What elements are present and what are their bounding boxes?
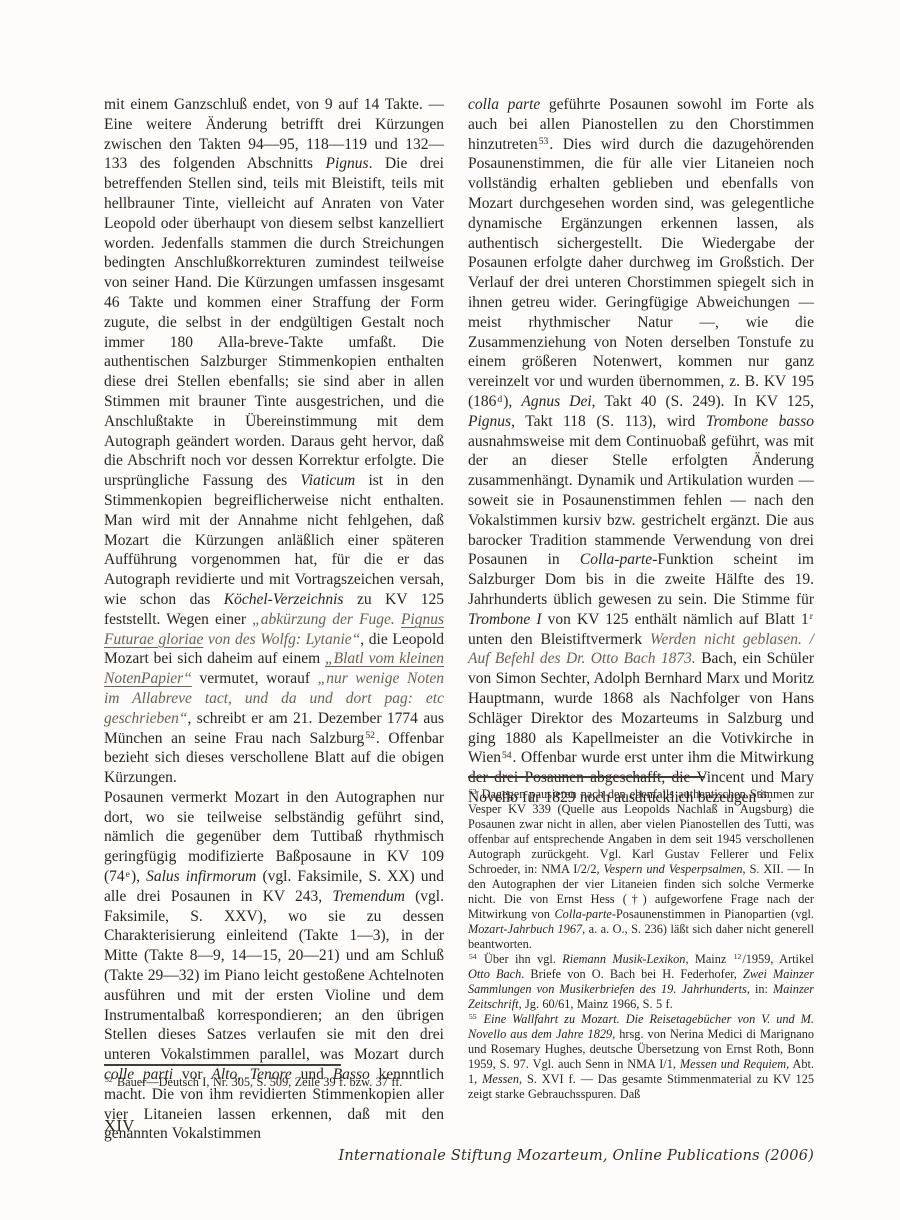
footnote-reference: e [125,869,131,880]
text-run: Über ihn vgl. [478,952,563,966]
text-run: Riemann Musik-Lexikon [562,952,685,966]
text-run: Trombone basso [706,413,814,430]
right-column: colla parte geführte Posaunen sowohl im … [468,95,814,808]
publication-footer: Internationale Stiftung Mozarteum, Onlin… [338,1148,814,1164]
text-run: (vgl. Faksimile, S. XXV), wo sie zu dess… [104,888,444,1063]
text-run: unten den Bleistiftvermerk [468,631,650,648]
footnote-reference: r [809,611,814,622]
text-run: ausnahmsweise mit dem Continuobaß geführ… [468,433,814,569]
text-run: vermutet, worauf [192,670,318,687]
footnote-reference: 12 [733,952,743,961]
text-run: „abkürzung der Fuge. [252,611,401,628]
footnote-52: 52 Bauer—Deutsch I, Nr. 305, S. 509, Zei… [104,1075,444,1090]
footnote-divider [468,776,705,778]
document-page: mit einem Ganzschluß endet, von 9 auf 14… [0,0,900,1220]
text-run: colla parte [468,96,540,113]
footnote-reference: 54 [501,750,513,761]
text-run: , Jg. 60/61, Mainz 1966, S. 5 f. [519,997,673,1011]
text-run: Trombone I [468,611,542,628]
footnote-reference: 53 [538,136,550,147]
text-run: -Posaunenstimmen in Pianopartien (vgl. [612,907,814,921]
text-run: . Briefe von O. Bach bei H. Federhofer, [521,967,743,981]
text-run: , Takt 118 (S. 113), wird [511,413,706,430]
footnote-reference: 54 [468,952,478,961]
text-run: Pignus [326,155,369,172]
text-run: , Takt 40 (S. 249). In KV 125, [592,393,814,410]
text-run: Bauer—Deutsch I, Nr. 305, S. 509, Zeile … [114,1075,403,1089]
text-run: , Mainz [685,952,732,966]
text-run: Agnus Dei [521,393,591,410]
text-run: von des Wolfg: Lytanie“ [203,631,360,648]
text-run: ), [503,393,521,410]
right-footnote-block: 53 Dagegen pausieren nach den ebenfalls … [468,776,814,1102]
text-run: Pignus [468,413,511,430]
text-run: /1959, Artikel [742,952,814,966]
text-run: Viaticum [300,472,355,489]
footnote-reference: 52 [364,730,376,741]
text-run: Colla-parte- [580,551,658,568]
text-run: . Die drei betreffenden Stellen sind, te… [104,155,444,489]
text-run: Köchel-Verzeichnis [224,591,344,608]
text-run: Otto Bach [468,967,521,981]
footnote-reference: d [496,394,503,405]
text-run: Messen und Requiem [680,1057,786,1071]
footnote-55: 55 Eine Wallfahrt zu Mozart. Die Reiseta… [468,1012,814,1102]
footnote-53: 53 Dagegen pausieren nach den ebenfalls … [468,787,814,952]
footnote-54: 54 Über ihn vgl. Riemann Musik-Lexikon, … [468,952,814,1012]
page-number: XIV [104,1116,135,1136]
text-run: Tremendum [332,888,405,905]
paragraph-colla-parte: colla parte geführte Posaunen sowohl im … [468,95,814,808]
footnote-reference: 53 [468,787,478,796]
text-run: von KV 125 enthält nämlich auf Blatt 1 [542,611,809,628]
footnote-reference: 52 [104,1075,114,1084]
text-run: Vespern und Vesperpsalmen [604,862,743,876]
text-run: Mozart-Jahrbuch 1967 [468,922,582,936]
text-run: Colla-parte [554,907,611,921]
text-run: , S. XVI f. — Das gesamte Stimmenmateria… [468,1072,814,1101]
text-run: Messen [482,1072,519,1086]
left-column: mit einem Ganzschluß endet, von 9 auf 14… [104,95,444,1144]
paragraph-posaunen: Posaunen vermerkt Mozart in den Autograp… [104,788,444,1144]
footnote-divider [104,1064,341,1066]
text-run: , in: [747,982,773,996]
footnote-reference: 55 [468,1012,478,1021]
text-run: Salus infirmorum [146,868,256,885]
text-run: ), [131,868,146,885]
text-run: ist in den Stimmenkopien begreiflicherwe… [104,472,444,608]
paragraph-continuation: mit einem Ganzschluß endet, von 9 auf 14… [104,95,444,788]
text-run: . Dies wird durch die dazugehörenden Pos… [468,136,814,410]
left-footnote-block: 52 Bauer—Deutsch I, Nr. 305, S. 509, Zei… [104,1064,444,1090]
